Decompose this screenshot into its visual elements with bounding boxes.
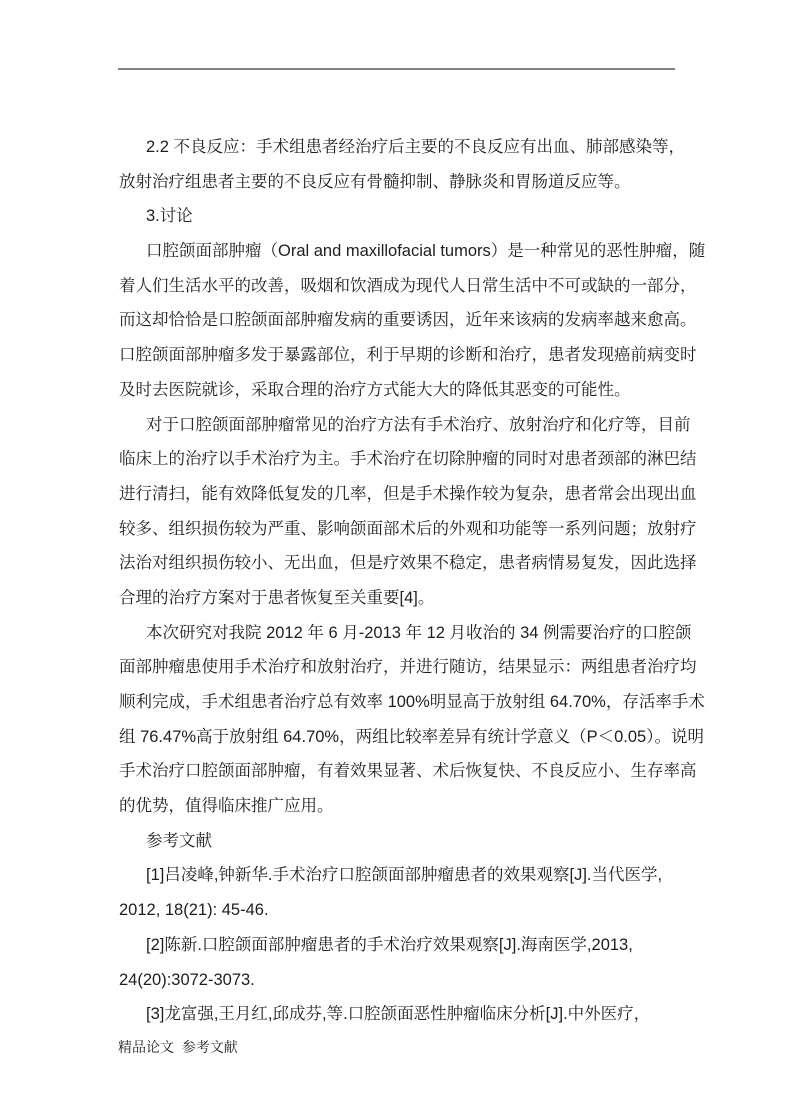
text-line: 3.讨论 — [119, 199, 697, 234]
text-line: 的优势，值得临床推广应用。 — [119, 789, 697, 824]
text-line: 合理的治疗方案对于患者恢复至关重要[4]。 — [119, 581, 697, 616]
document-body: 2.2 不良反应：手术组患者经治疗后主要的不良反应有出血、肺部感染等，放射治疗组… — [119, 130, 697, 1032]
text-line: 口腔颌面部肿瘤多发于暴露部位，利于早期的诊断和治疗，患者发现癌前病变时 — [119, 338, 697, 373]
text-line: 临床上的治疗以手术治疗为主。手术治疗在切除肿瘤的同时对患者颈部的淋巴结 — [119, 442, 697, 477]
text-line: 较多、组织损伤较为严重、影响颌面部术后的外观和功能等一系列问题；放射疗 — [119, 512, 697, 547]
text-line: [2]陈新.口腔颌面部肿瘤患者的手术治疗效果观察[J].海南医学,2013, — [119, 928, 697, 963]
text-line: 组 76.47%高于放射组 64.70%，两组比较率差异有统计学意义（P＜0.0… — [119, 720, 697, 755]
text-line: 及时去医院就诊，采取合理的治疗方式能大大的降低其恶变的可能性。 — [119, 373, 697, 408]
text-line: 面部肿瘤患使用手术治疗和放射治疗，并进行随访，结果显示：两组患者治疗均 — [119, 650, 697, 685]
text-line: 着人们生活水平的改善，吸烟和饮酒成为现代人日常生活中不可或缺的一部分， — [119, 269, 697, 304]
text-line: 手术治疗口腔颌面部肿瘤，有着效果显著、术后恢复快、不良反应小、生存率高 — [119, 754, 697, 789]
text-line: 2012, 18(21): 45-46. — [119, 893, 697, 928]
text-line: 顺利完成，手术组患者治疗总有效率 100%明显高于放射组 64.70%，存活率手… — [119, 685, 697, 720]
text-line: 参考文献 — [119, 824, 697, 859]
text-line: [3]龙富强,王月红,邱成芬,等.口腔颌面恶性肿瘤临床分析[J].中外医疗， — [119, 997, 697, 1032]
text-line: 口腔颌面部肿瘤（Oral and maxillofacial tumors）是一… — [119, 234, 697, 269]
text-line: 2.2 不良反应：手术组患者经治疗后主要的不良反应有出血、肺部感染等， — [119, 130, 697, 165]
text-line: 24(20):3072-3073. — [119, 963, 697, 998]
header-rule — [118, 68, 675, 70]
document-page: 2.2 不良反应：手术组患者经治疗后主要的不良反应有出血、肺部感染等，放射治疗组… — [0, 0, 792, 1120]
text-line: 法治对组织损伤较小、无出血，但是疗效果不稳定，患者病情易复发，因此选择 — [119, 546, 697, 581]
page-footer-text: 精品论文 参考文献 — [118, 1037, 238, 1057]
text-line: 对于口腔颌面部肿瘤常见的治疗方法有手术治疗、放射治疗和化疗等，目前 — [119, 408, 697, 443]
text-line: [1]吕凌峰,钟新华.手术治疗口腔颌面部肿瘤患者的效果观察[J].当代医学, — [119, 858, 697, 893]
text-line: 本次研究对我院 2012 年 6 月-2013 年 12 月收治的 34 例需要… — [119, 616, 697, 651]
text-line: 而这却恰恰是口腔颌面部肿瘤发病的重要诱因，近年来该病的发病率越来愈高。 — [119, 303, 697, 338]
text-line: 放射治疗组患者主要的不良反应有骨髓抑制、静脉炎和胃肠道反应等。 — [119, 165, 697, 200]
text-line: 进行清扫，能有效降低复发的几率，但是手术操作较为复杂，患者常会出现出血 — [119, 477, 697, 512]
